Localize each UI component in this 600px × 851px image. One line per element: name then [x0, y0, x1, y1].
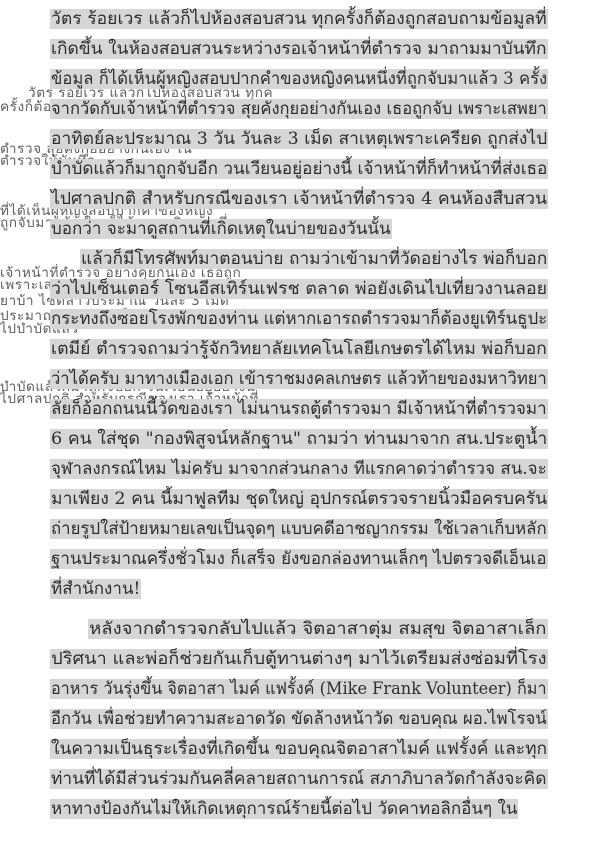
text-line: มาเพียง 2 คน นี้มาฟูลทีม ชุดใหญ่ อุปกรณ์… — [50, 488, 548, 510]
text-line-content: ข้อมูล ก็ได้เห็นผู้หญิงสอบปากคำของหญิงคน… — [50, 69, 548, 89]
text-line: อาหาร วันรุ่งขึ้น จิตอาสา ไมค์ แฟรั้งค์ … — [50, 678, 548, 700]
text-line: บำบัดแล้วก็มาถูกจับอีก วนเวียนอยู่อย่างน… — [50, 158, 548, 180]
text-line-content: ท่านที่ได้มีส่วนร่วมกันคลี่คลายสถานการณ์… — [50, 769, 548, 789]
text-line: กระทงถึงซอยโรงพักของท่าน แต่หากเอารถตำรว… — [50, 308, 548, 330]
text-line-content: ถ่ายรูปใส่ป้ายหมายเลขเป็นจุดๆ แบบคดีอาชญ… — [50, 519, 548, 539]
text-line: หลังจากตำรวจกลับไปแล้ว จิตอาสาตุ่ม สมสุข… — [88, 618, 548, 640]
text-line-content: จุฬาลงกรณ์ไหม ไม่ครับ มาจากส่วนกลาง ทีแร… — [50, 459, 548, 479]
text-line-content: ในความเป็นธุระเรื่องที่เกิดขึ้น ขอบคุณจิ… — [50, 739, 548, 759]
text-line-content: มาเพียง 2 คน นี้มาฟูลทีม ชุดใหญ่ อุปกรณ์… — [50, 489, 548, 509]
text-line-content: อีกวัน เพื่อช่วยทำความสะอาดวัด ขัดล้างหน… — [50, 709, 548, 729]
text-line: ไปศาลปกติ สำหรับกรณีของเรา เจ้าหน้าที่ตำ… — [50, 188, 548, 210]
text-line: ที่สำนักงาน! — [50, 578, 141, 600]
text-line-content: บอกว่า จะมาดูสถานที่เกิดเหตุในบ่ายของวัน… — [50, 219, 392, 239]
text-line: อีกวัน เพื่อช่วยทำความสะอาดวัด ขัดล้างหน… — [50, 708, 548, 730]
text-line: เตมีย์ ตำรวจถามว่ารู้จักวิทยาลัยเทคโนโลย… — [50, 338, 548, 360]
text-line: หาทางป้องกันไม่ให้เกิดเหตุการณ์ร้ายนี้ต่… — [50, 798, 518, 820]
text-line-content: 6 คน ใส่ชุด "กองพิสูจน์หลักฐาน" ถามว่า ท… — [50, 429, 548, 449]
text-line-content: เกิดขึ้น ในห้องสอบสวนระหว่างรอเจ้าหน้าที… — [50, 39, 548, 59]
text-line: ว่าได้ครับ มาทางเมืองเอก เข้าราชมงคลเกษต… — [50, 368, 548, 390]
text-line: จากวัดกับเจ้าหน้าที่ตำรวจ สุยคังกุยอย่าง… — [50, 98, 548, 120]
text-line-content: แล้วก็มีโทรศัพท์มาตอนบ่าย ถามว่าเข้ามาที… — [80, 249, 548, 269]
text-line-content: ที่สำนักงาน! — [50, 579, 141, 599]
text-line-content: ฐานประมาณครึ่งชั่วโมง ก็เสร็จ ยังขอกล่อง… — [50, 549, 548, 569]
text-line-content: ปริศนา และพ่อก็ช่วยกันเก็บตู้ทานต่างๆ มา… — [50, 649, 548, 669]
text-line-content: ลัยก็อ้อกถนนนี้วัดของเรา ไม่นานรถตู้ตำรว… — [50, 399, 548, 419]
text-line-content: หาทางป้องกันไม่ให้เกิดเหตุการณ์ร้ายนี้ต่… — [50, 799, 518, 819]
text-line: ฐานประมาณครึ่งชั่วโมง ก็เสร็จ ยังขอกล่อง… — [50, 548, 548, 570]
text-line-content: เตมีย์ ตำรวจถามว่ารู้จักวิทยาลัยเทคโนโลย… — [50, 339, 548, 359]
text-line-content: หลังจากตำรวจกลับไปแล้ว จิตอาสาตุ่ม สมสุข… — [88, 619, 548, 639]
text-line: แล้วก็มีโทรศัพท์มาตอนบ่าย ถามว่าเข้ามาที… — [80, 248, 548, 270]
text-line: จุฬาลงกรณ์ไหม ไม่ครับ มาจากส่วนกลาง ทีแร… — [50, 458, 548, 480]
text-line-content: อาหาร วันรุ่งขึ้น จิตอาสา ไมค์ แฟรั้งค์ … — [50, 679, 548, 699]
text-line-content: กระทงถึงซอยโรงพักของท่าน แต่หากเอารถตำรว… — [50, 309, 548, 329]
scanned-document-page: วัตร ร้อยเวร แล้วก็ไปห้องสอบสวน ทุกคครั้… — [0, 0, 600, 851]
text-line: ถ่ายรูปใส่ป้ายหมายเลขเป็นจุดๆ แบบคดีอาชญ… — [50, 518, 548, 540]
text-line-content: วัตร ร้อยเวร แล้วก็ไปห้องสอบสวน ทุกครั้ง… — [50, 9, 548, 29]
text-line: วัตร ร้อยเวร แล้วก็ไปห้องสอบสวน ทุกครั้ง… — [50, 8, 548, 30]
text-line: บอกว่า จะมาดูสถานที่เกิดเหตุในบ่ายของวัน… — [50, 218, 392, 240]
text-line-content: จากวัดกับเจ้าหน้าที่ตำรวจ สุยคังกุยอย่าง… — [50, 99, 548, 119]
text-line-content: ว่าได้ครับ มาทางเมืองเอก เข้าราชมงคลเกษต… — [50, 369, 548, 389]
text-line: ปริศนา และพ่อก็ช่วยกันเก็บตู้ทานต่างๆ มา… — [50, 648, 548, 670]
text-line: ข้อมูล ก็ได้เห็นผู้หญิงสอบปากคำของหญิงคน… — [50, 68, 548, 90]
text-line: ท่านที่ได้มีส่วนร่วมกันคลี่คลายสถานการณ์… — [50, 768, 548, 790]
text-line-content: บำบัดแล้วก็มาถูกจับอีก วนเวียนอยู่อย่างน… — [50, 159, 548, 179]
text-line-content: อาทิตย์ละประมาณ 3 วัน วันละ 3 เม็ด สาเหต… — [50, 129, 548, 149]
text-line: ในความเป็นธุระเรื่องที่เกิดขึ้น ขอบคุณจิ… — [50, 738, 548, 760]
text-line: อาทิตย์ละประมาณ 3 วัน วันละ 3 เม็ด สาเหต… — [50, 128, 548, 150]
text-line-content: ว่าไปเซ็นเตอร์ โซนอีสเทิร์นเฟรช ตลาด พ่อ… — [50, 279, 548, 299]
text-line-content: ไปศาลปกติ สำหรับกรณีของเรา เจ้าหน้าที่ตำ… — [50, 189, 548, 209]
text-line: ว่าไปเซ็นเตอร์ โซนอีสเทิร์นเฟรช ตลาด พ่อ… — [50, 278, 548, 300]
text-line: เกิดขึ้น ในห้องสอบสวนระหว่างรอเจ้าหน้าที… — [50, 38, 548, 60]
text-line: 6 คน ใส่ชุด "กองพิสูจน์หลักฐาน" ถามว่า ท… — [50, 428, 548, 450]
text-line: ลัยก็อ้อกถนนนี้วัดของเรา ไม่นานรถตู้ตำรว… — [50, 398, 548, 420]
